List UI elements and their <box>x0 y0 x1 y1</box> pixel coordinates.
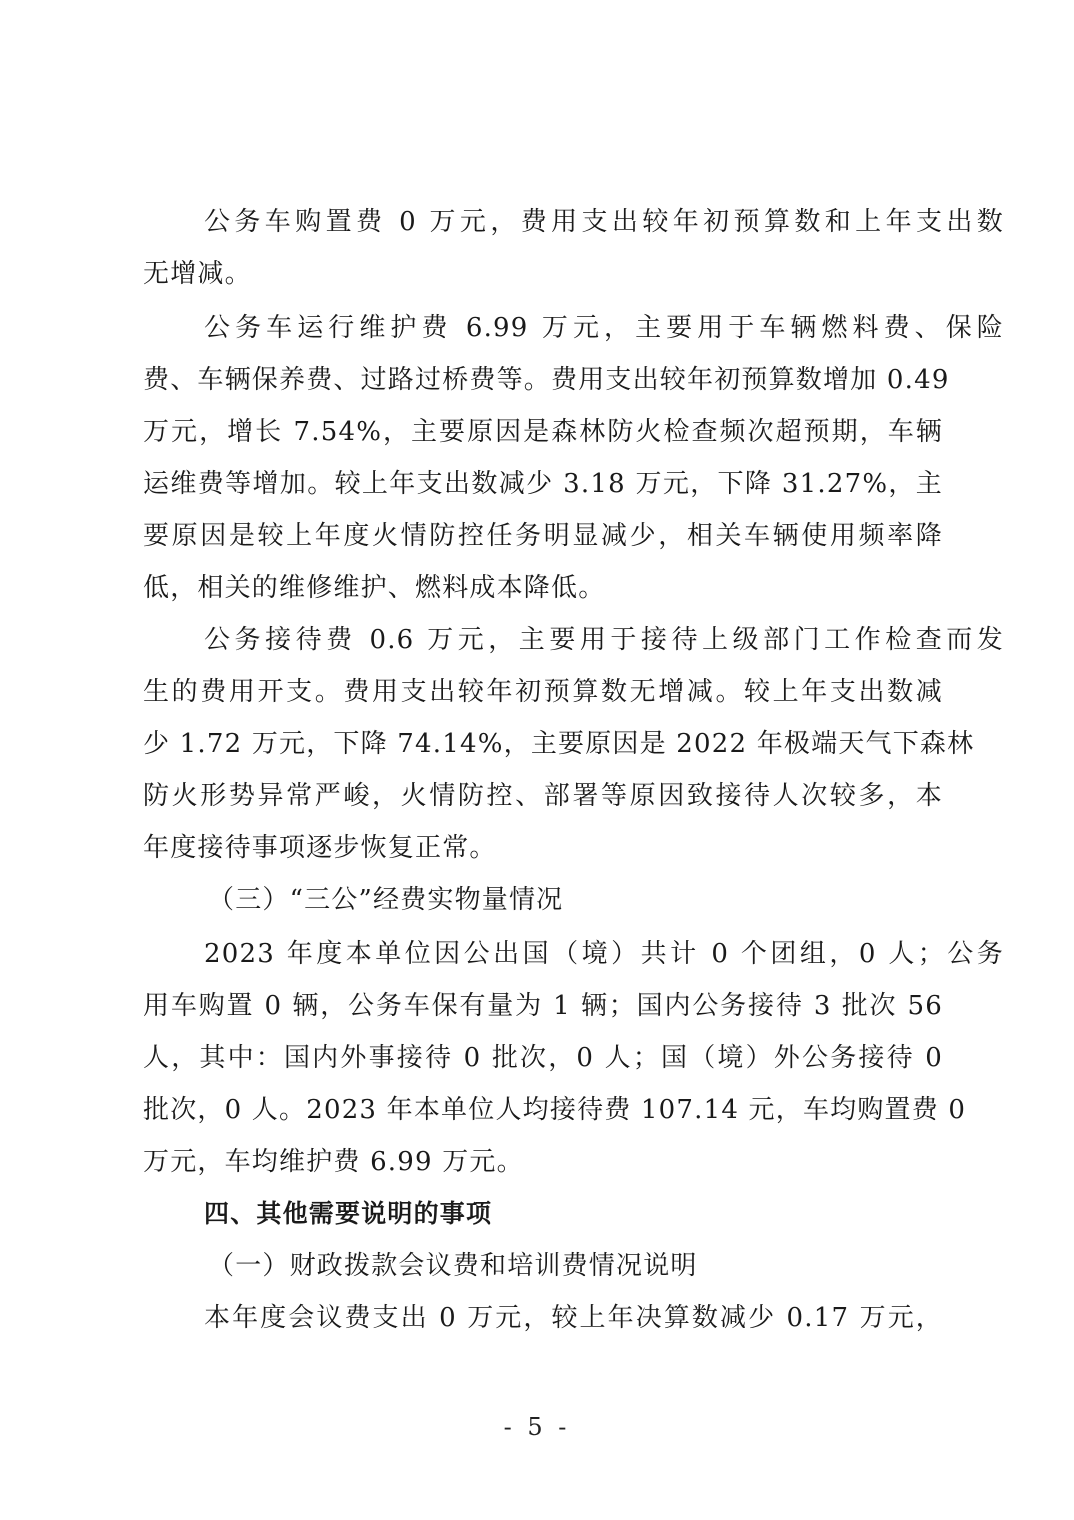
paragraph-vehicle-maintenance-line-5: 要原因是较上年度火情防控任务明显减少，相关车辆使用频率降 <box>143 520 943 552</box>
paragraph-vehicle-maintenance-line-1: 公务车运行维护费 6.99 万元，主要用于车辆燃料费、保险 <box>204 312 1004 344</box>
paragraph-vehicle-purchase-line-2: 无增减。 <box>143 258 943 290</box>
page-number: - 5 - <box>0 1412 1074 1442</box>
subheading-three-public-quantities: （三）“三公”经费实物量情况 <box>208 884 1008 916</box>
paragraph-vehicle-maintenance-line-3: 万元，增长 7.54%，主要原因是森林防火检查频次超预期，车辆 <box>143 416 943 448</box>
subheading-meeting-training-fees: （一）财政拨款会议费和培训费情况说明 <box>208 1250 1008 1282</box>
paragraph-reception-line-4: 防火形势异常严峻，火情防控、部署等原因致接待人次较多，本 <box>143 780 943 812</box>
paragraph-reception-line-3: 少 1.72 万元，下降 74.14%，主要原因是 2022 年极端天气下森林 <box>143 728 943 760</box>
paragraph-quantities-line-3: 人，其中：国内外事接待 0 批次，0 人；国（境）外公务接待 0 <box>143 1042 943 1074</box>
paragraph-vehicle-maintenance-line-6: 低，相关的维修维护、燃料成本降低。 <box>143 572 943 604</box>
paragraph-quantities-line-2: 用车购置 0 辆，公务车保有量为 1 辆；国内公务接待 3 批次 56 <box>143 990 943 1022</box>
paragraph-vehicle-maintenance-line-4: 运维费等增加。较上年支出数减少 3.18 万元，下降 31.27%，主 <box>143 468 943 500</box>
paragraph-meeting-fees-line-1: 本年度会议费支出 0 万元，较上年决算数减少 0.17 万元， <box>204 1302 943 1334</box>
paragraph-reception-line-1: 公务接待费 0.6 万元，主要用于接待上级部门工作检查而发 <box>204 624 1004 656</box>
paragraph-quantities-line-4: 批次，0 人。2023 年本单位人均接待费 107.14 元，车均购置费 0 <box>143 1094 943 1126</box>
paragraph-reception-line-2: 生的费用开支。费用支出较年初预算数无增减。较上年支出数减 <box>143 676 943 708</box>
document-page: 公务车购置费 0 万元，费用支出较年初预算数和上年支出数 无增减。 公务车运行维… <box>0 0 1074 1520</box>
paragraph-quantities-line-1: 2023 年度本单位因公出国（境）共计 0 个团组，0 人；公务 <box>204 938 1004 970</box>
paragraph-reception-line-5: 年度接待事项逐步恢复正常。 <box>143 832 943 864</box>
paragraph-vehicle-maintenance-line-2: 费、车辆保养费、过路过桥费等。费用支出较年初预算数增加 0.49 <box>143 364 943 396</box>
paragraph-vehicle-purchase-line-1: 公务车购置费 0 万元，费用支出较年初预算数和上年支出数 <box>204 206 1004 238</box>
paragraph-quantities-line-5: 万元，车均维护费 6.99 万元。 <box>143 1146 943 1178</box>
section-heading-other-matters: 四、其他需要说明的事项 <box>204 1198 1004 1230</box>
